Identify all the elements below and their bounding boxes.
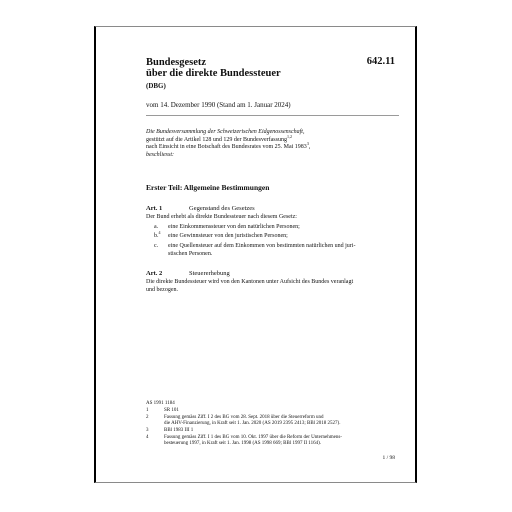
page-number: 1 / 98 bbox=[382, 455, 395, 461]
footnote-text: BBl 1983 III 1 bbox=[164, 428, 193, 434]
article-1-intro: Der Bund erhebt als direkte Bundessteuer… bbox=[146, 214, 297, 222]
part-heading: Erster Teil: Allgemeine Bestimmungen bbox=[146, 183, 269, 192]
article-1-title: Gegenstand des Gesetzes bbox=[189, 205, 255, 212]
title-divider bbox=[146, 115, 399, 116]
preamble-line-2: gestützt auf die Artikel 128 und 129 der… bbox=[146, 137, 310, 145]
item-text: eine Gewinnsteuer von den juristischen P… bbox=[168, 233, 288, 241]
title-line-1: Bundesgesetz bbox=[146, 57, 281, 68]
preamble-line-3: nach Einsicht in eine Botschaft des Bund… bbox=[146, 144, 310, 152]
preamble-line-1: Die Bundesversammlung der Schweizerische… bbox=[146, 129, 310, 137]
article-2-title: Steuererhebung bbox=[189, 270, 230, 277]
sr-number: 642.11 bbox=[367, 56, 395, 67]
footnote-source: AS 1991 1184 bbox=[146, 401, 175, 407]
law-abbreviation: (DBG) bbox=[146, 82, 166, 90]
article-2-text: Die direkte Bundessteuer wird von den Ka… bbox=[146, 279, 353, 294]
footnote-number: 4 bbox=[146, 435, 149, 441]
article-1-number: Art. 1 bbox=[146, 205, 162, 212]
date-line: vom 14. Dezember 1990 (Stand am 1. Janua… bbox=[146, 101, 291, 109]
preamble-line-4: beschliesst: bbox=[146, 152, 310, 160]
title-line-2: über die direkte Bundessteuer bbox=[146, 68, 281, 79]
footnote-text: SR 101 bbox=[164, 408, 179, 414]
preamble: Die Bundesversammlung der Schweizerische… bbox=[146, 129, 310, 159]
article-2-number: Art. 2 bbox=[146, 270, 162, 277]
document-page: Bundesgesetz über die direkte Bundessteu… bbox=[94, 26, 417, 483]
item-text: eine Einkommenssteuer von den natürliche… bbox=[168, 224, 300, 232]
footnote-number: 1 bbox=[146, 408, 149, 414]
item-letter: b.4 bbox=[154, 233, 161, 239]
footnote-number: 3 bbox=[146, 428, 149, 434]
item-letter: c. bbox=[154, 243, 158, 249]
item-text: eine Quellensteuer auf dem Einkommen von… bbox=[168, 243, 355, 258]
footnote-number: 2 bbox=[146, 415, 149, 421]
footnote-ref[interactable]: 4 bbox=[159, 230, 161, 235]
document-title: Bundesgesetz über die direkte Bundessteu… bbox=[146, 57, 281, 79]
footnote-ref[interactable]: 1,2 bbox=[287, 134, 292, 139]
footnote-text: Fassung gemäss Ziff. I 2 des BG vom 28. … bbox=[164, 415, 340, 427]
footnote-text: Fassung gemäss Ziff. I 1 des BG vom 10. … bbox=[164, 435, 342, 447]
